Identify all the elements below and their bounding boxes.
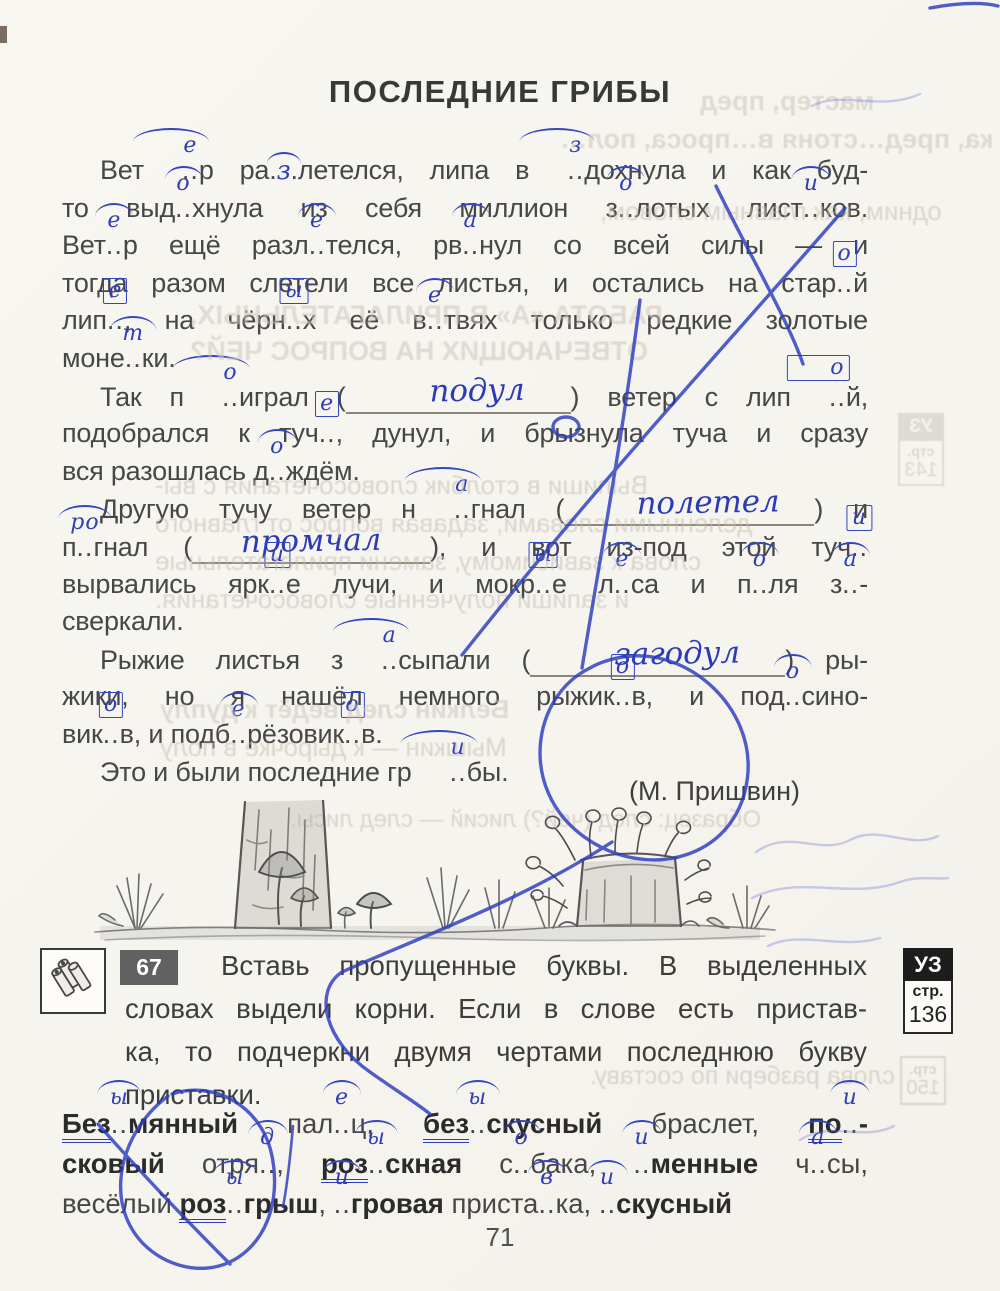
inserted-letter: а — [811, 1127, 825, 1149]
story-line: тогда разом слетели все листья, и остали… — [62, 265, 868, 303]
inserted-letter: ы — [226, 1167, 245, 1189]
printed-text: р ра — [199, 155, 269, 185]
printed-text: сыпали ( — [398, 645, 530, 675]
letter-gap: ..з — [529, 152, 584, 190]
inserted-letter: о — [753, 549, 767, 571]
printed-text: ) ветер с лип — [571, 382, 791, 412]
printed-text: приста — [444, 1188, 539, 1219]
bold-word: скусный — [486, 1108, 602, 1139]
page-ref: 136 — [905, 1001, 951, 1028]
printed-text: ка, — [556, 1188, 599, 1219]
printed-text: Вет — [62, 230, 106, 260]
inserted-letter: в — [540, 1167, 554, 1189]
letter-gap: ..в — [538, 1184, 555, 1224]
inserted-letter: и — [847, 505, 872, 531]
letter-gap: ..о — [103, 716, 120, 754]
letter-gap: ..ы — [111, 1104, 128, 1144]
instruction-line: Вставь пропущенные буквы. В выделенных — [125, 944, 867, 987]
mushrooms-left — [259, 852, 318, 926]
story-line: подобрался к туч..е, дунул, и брызнула т… — [62, 415, 868, 453]
bold-word: - — [859, 1108, 868, 1139]
printed-text: , — [276, 1148, 321, 1179]
printed-text: ля з — [768, 569, 842, 599]
word-list-line: весёлый роз..ыгрыш, ..игровая приста..вк… — [62, 1184, 868, 1224]
inserted-letter: о — [611, 654, 635, 680]
inserted-letter: е — [107, 210, 121, 232]
letter-gap: ..и — [599, 1184, 616, 1224]
inserted-letter: а — [345, 625, 397, 647]
author-credit: (М. Пришвин) — [62, 776, 868, 807]
printed-text: й, — [846, 382, 868, 412]
inserted-letter: ы — [367, 1127, 386, 1149]
ghost-text-line: РАБОТА «А» В ПРИЛАГАТЕЛЬНЫХ, — [190, 300, 663, 331]
letter-gap: ..ы — [469, 1104, 486, 1144]
letter-gap: ..е — [333, 1104, 350, 1144]
printed-text: ки. — [142, 343, 176, 373]
handwritten-word: подул — [391, 371, 525, 409]
printed-text: сы, — [827, 1148, 868, 1179]
mushrooms-center — [338, 893, 391, 928]
letter-gap: ..о — [184, 379, 239, 417]
inserted-letter: и — [634, 1127, 649, 1149]
letter-gap: ..и — [334, 1184, 351, 1224]
story-line: Вет..ер ещё разл..етелся, рв..анул со вс… — [62, 227, 868, 265]
inserted-letter: о — [832, 241, 856, 267]
printed-text: , — [318, 1188, 333, 1219]
printed-text: Так п — [100, 382, 184, 412]
printed-text: й — [853, 268, 868, 298]
inserted-letter: о — [619, 173, 633, 195]
printed-text: - — [859, 569, 868, 599]
ghost-text-line: Образец: след (чей?) лисий — след лисы. — [290, 806, 761, 834]
printed-text: п — [62, 532, 76, 562]
inserted-letter: и — [600, 1167, 615, 1189]
grass-tuft — [427, 868, 565, 928]
ghost-text-line: и запиши полученные словосочетания. — [155, 584, 629, 615]
ghost-page-ref-143: 143 — [900, 459, 942, 482]
inserted-letter: о — [786, 661, 800, 683]
letter-gap: ..и — [842, 1104, 859, 1144]
word-list-line: Без..ымянный пал..ец, без..ыскусный брас… — [62, 1104, 868, 1144]
printed-text: , дунул, и брызнула туча и сразу — [336, 418, 868, 448]
ghost-text-line: мастер, пред — [700, 86, 874, 117]
inserted-letter: д — [260, 1127, 275, 1149]
ghost-text-line: ка, пред…стоня в…проса, пол… — [560, 124, 994, 155]
ghost-text-line: Выпиши в столбик словосочетания с вы- — [155, 470, 648, 501]
letter-gap: ..а — [462, 227, 479, 265]
ghost-str-label-2: стр. — [902, 1061, 944, 1077]
grass-tuft — [99, 874, 163, 928]
letter-gap: ..о — [615, 678, 632, 716]
letter-gap: ..а — [343, 642, 398, 680]
bold-word: менные — [651, 1148, 759, 1179]
printed-text: р ещё разл — [123, 230, 309, 260]
story-line: Рыжие листья з..асыпали (загодул) ры- — [62, 641, 868, 679]
bold-word: грыш — [244, 1188, 319, 1219]
printed-text: с — [462, 1148, 513, 1179]
ghost-text-line: слова к зависимому, замени прилагательны… — [155, 546, 701, 577]
margin-reference-box: УЗ стр. 136 — [903, 948, 953, 1034]
ghost-str-label: стр. — [900, 443, 942, 459]
grass-tuft — [707, 886, 769, 928]
inserted-letter: о — [787, 355, 849, 381]
printed-text: моне — [62, 343, 125, 373]
letter-gap: ..о — [836, 265, 853, 303]
inserted-letter: е — [335, 1087, 349, 1109]
bold-word: скусный — [616, 1188, 732, 1219]
inserted-letter: а — [844, 549, 858, 571]
letter-gap: ..е — [319, 415, 336, 453]
inserted-letter: т — [122, 323, 144, 345]
ghost-text-line: одним, как главным словом, — [600, 196, 942, 227]
letter-gap: ..а — [842, 566, 859, 604]
inserted-letter: ы — [110, 1087, 129, 1109]
inserted-letter: ро — [70, 512, 99, 534]
printed-text: лип — [62, 305, 107, 335]
printed-text: телся, рв — [326, 230, 463, 260]
printed-text: ч — [758, 1148, 809, 1179]
word-list-line: сковый отря..д, роз..ыскная с..обака, ..… — [62, 1144, 868, 1184]
inserted-letter: о — [514, 1127, 528, 1149]
printed-text: Рыжие листья з — [100, 645, 343, 675]
inserted-letter: а — [464, 210, 478, 232]
ghost-text-line: Мышкин — к дырочке в полу — [160, 732, 507, 763]
ghost-text-line: деленными словами, задавая вопрос от гла… — [155, 508, 752, 539]
letter-gap: ..е — [106, 227, 123, 265]
prefix-double-underlined: без — [423, 1108, 469, 1143]
inserted-letter: е — [310, 210, 324, 232]
printed-text: пал — [238, 1108, 333, 1139]
letter-gap: ..ы — [368, 1144, 385, 1184]
ghost-uz-label: УЗ — [898, 413, 944, 441]
inserted-letter: и — [335, 1167, 350, 1189]
inserted-letter: о — [270, 436, 284, 458]
printed-text: весёлый — [62, 1188, 179, 1219]
printed-text: хнула из себя миллион з — [192, 193, 618, 223]
writing-exercise-icon — [40, 948, 106, 1014]
inserted-letter: ы — [468, 1087, 487, 1109]
instruction-line: ка, то подчеркни двумя чертами последнюю… — [125, 1030, 867, 1073]
ghost-text-line: Белкин след ведёт к дуплу — [160, 694, 509, 725]
letter-gap: ..ро — [76, 529, 93, 567]
letter-gap: ..о — [784, 678, 801, 716]
ghost-margin-box-150: стр. 150 — [900, 1056, 946, 1105]
letter-gap: ..о — [175, 190, 192, 228]
ghost-text-line: ОТВЕЧАЮЩИХ НА ВОПРОС ЧЕЙ? — [190, 336, 648, 367]
letter-gap: ..и — [633, 1144, 650, 1184]
uz-label: УЗ — [903, 948, 953, 981]
inserted-letter: е — [315, 391, 339, 417]
letter-gap: ..о — [751, 566, 768, 604]
letter-gap: ..о — [513, 1144, 530, 1184]
exercise-word-list: Без..ымянный пал..ец, без..ыскусный брас… — [62, 1104, 868, 1224]
bold-word: гровая — [351, 1188, 444, 1219]
prefix-double-underlined: роз — [179, 1188, 226, 1223]
answer-blank: загодул — [530, 641, 785, 677]
scan-edge-mark — [0, 26, 7, 43]
inserted-letter-inline: з — [277, 156, 291, 186]
pencil-bundle-icon — [42, 950, 99, 1007]
letter-gap: ..е — [309, 227, 326, 265]
printed-text: вик — [62, 719, 103, 749]
printed-text: летелся, липа в — [298, 155, 529, 185]
story-line: Так п..оиграл (подул) ветер с лип..ой, — [62, 378, 868, 416]
letter-gap: ..д — [259, 1144, 276, 1184]
letter-gap: ..а — [810, 1144, 827, 1184]
inserted-letter: о — [176, 173, 190, 195]
prefix-double-underlined: Без — [62, 1108, 111, 1143]
letter-gap: ..ы — [226, 1184, 243, 1224]
instruction-line: словах выдели корни. Если в слове есть п… — [125, 987, 867, 1030]
ghost-margin-box-143: УЗ стр. 143 — [898, 413, 944, 486]
page-number: 71 — [0, 1222, 1000, 1253]
ghost-page-ref-150: 150 — [902, 1077, 944, 1100]
inserted-letter: е — [145, 135, 197, 157]
printed-text: сино- — [801, 681, 868, 711]
bold-word: мянный — [128, 1108, 238, 1139]
inserted-letter: и — [804, 173, 819, 195]
letter-gap: ..о — [791, 379, 846, 417]
handwritten-word: загодул — [576, 634, 740, 673]
printed-text: в, и под — [632, 681, 785, 711]
bold-word: скная — [385, 1148, 462, 1179]
inserted-letter: о — [99, 692, 123, 718]
bold-word: сковый — [62, 1148, 165, 1179]
inserted-letter: е — [103, 278, 127, 304]
inserted-letter: и — [843, 1087, 858, 1109]
answer-blank: подул — [346, 378, 571, 414]
pen-corner-mark — [930, 4, 998, 8]
letter-gap: ..т — [125, 340, 142, 378]
str-label: стр. — [905, 983, 951, 1001]
printed-text: Вет — [100, 155, 144, 185]
printed-text: нул со всей силы — и — [479, 230, 868, 260]
